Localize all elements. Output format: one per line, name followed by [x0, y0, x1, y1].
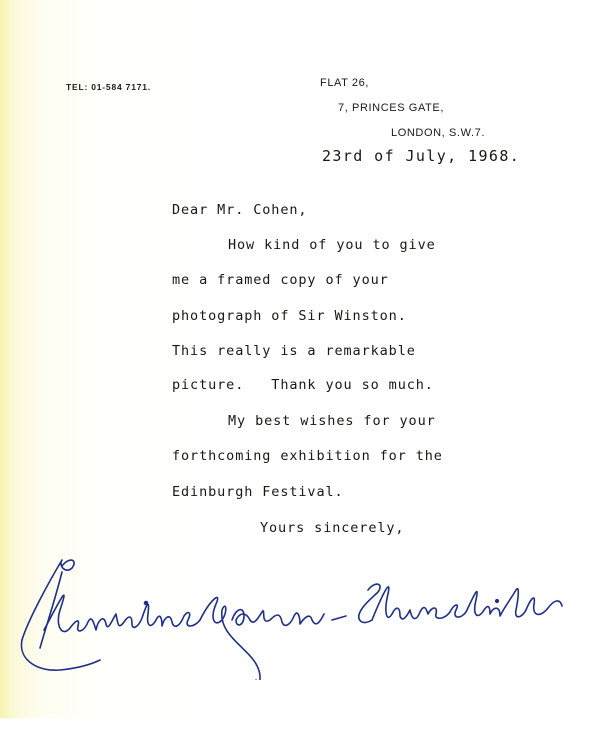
handwritten-signature [0, 540, 600, 680]
letter-date: 23rd of July, 1968. [322, 147, 520, 165]
body-line: This really is a remarkable [172, 343, 416, 359]
letter-paper: TEL: 01-584 7171. FLAT 26, 7, PRINCES GA… [0, 0, 600, 718]
body-line: My best wishes for your [228, 413, 436, 429]
body-line: forthcoming exhibition for the [172, 448, 443, 464]
body-line: picture. Thank you so much. [172, 377, 434, 393]
closing: Yours sincerely, [260, 520, 404, 536]
body-line: How kind of you to give [228, 237, 436, 253]
body-line: Edinburgh Festival. [172, 484, 344, 500]
letterhead-address-line-2: 7, PRINCES GATE, [338, 102, 444, 114]
body-line: photograph of Sir Winston. [172, 308, 407, 324]
salutation: Dear Mr. Cohen, [172, 202, 307, 218]
letterhead-address-line-3: LONDON, S.W.7. [391, 127, 485, 139]
body-line: me a framed copy of your [172, 272, 389, 288]
letterhead-telephone: TEL: 01-584 7171. [66, 82, 151, 92]
letterhead-address-line-1: FLAT 26, [320, 77, 369, 89]
